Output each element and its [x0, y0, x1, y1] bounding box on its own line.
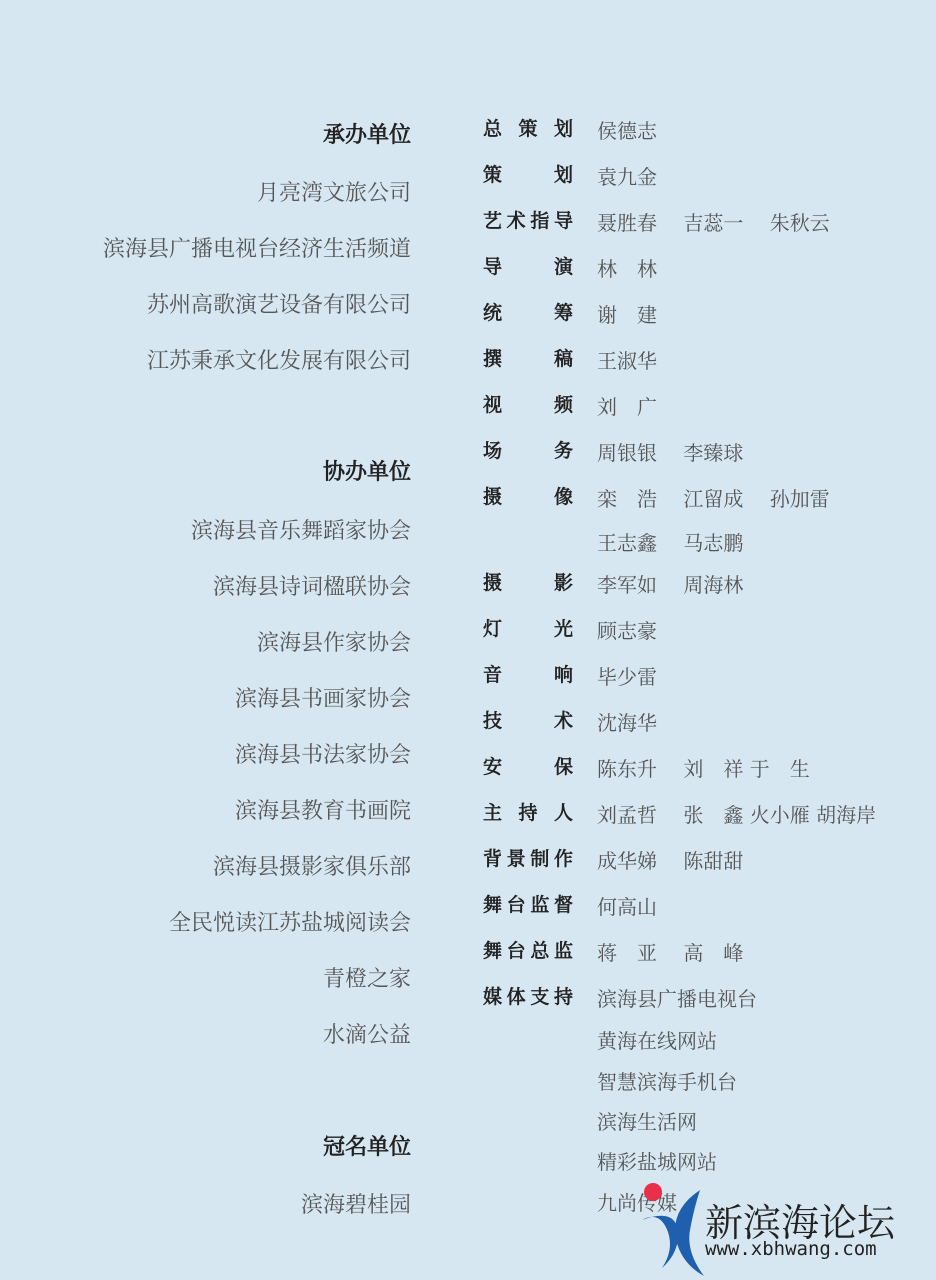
role-char: 舞: [483, 890, 502, 917]
role-char: 指: [530, 206, 549, 233]
role-char: 演: [554, 252, 573, 279]
co-organizer-item: 滨海县教育书画院: [235, 794, 411, 825]
role-char: 视: [483, 390, 502, 417]
co-organizer-item: 滨海县作家协会: [257, 626, 411, 657]
organizer-item: 苏州高歌演艺设备有限公司: [147, 288, 411, 319]
role-char: 景: [507, 844, 526, 871]
role-char: 策: [483, 160, 502, 187]
role-char: 背: [483, 844, 502, 871]
media-item: 黄海在线网站: [597, 1025, 717, 1054]
role-char: 人: [554, 798, 573, 825]
credit-role: 媒体支持: [483, 982, 573, 1009]
role-char: 光: [554, 614, 573, 641]
credit-role: 灯光: [483, 614, 573, 641]
role-char: 像: [554, 482, 573, 509]
credit-role: 音响: [483, 660, 573, 687]
role-char: 统: [483, 298, 502, 325]
role-char: 筹: [554, 298, 573, 325]
role-char: 舞: [483, 936, 502, 963]
credit-names: 袁九金: [597, 161, 657, 190]
credit-role: 场务: [483, 436, 573, 463]
credit-names: 王淑华: [597, 345, 657, 374]
role-char: 监: [530, 890, 549, 917]
role-char: 频: [554, 390, 573, 417]
credit-names: 刘孟哲 张 鑫 火小雁 胡海岸: [597, 799, 876, 828]
title-sponsor-item: 滨海碧桂园: [301, 1188, 411, 1219]
co-organizer-item: 滨海县书法家协会: [235, 738, 411, 769]
role-char: 主: [483, 798, 502, 825]
role-char: 持: [554, 982, 573, 1009]
co-organizer-item: 滨海县摄影家俱乐部: [213, 850, 411, 881]
organizer-item: 滨海县广播电视台经济生活频道: [103, 232, 411, 263]
credit-names: 陈东升 刘 祥 于 生: [597, 753, 810, 782]
media-item: 滨海生活网: [597, 1106, 697, 1135]
role-char: 督: [554, 890, 573, 917]
role-char: 安: [483, 752, 502, 779]
watermark-url: www.xbhwang.com: [705, 1238, 877, 1260]
credit-role: 撰稿: [483, 344, 573, 371]
credit-role: 统筹: [483, 298, 573, 325]
credit-role: 视频: [483, 390, 573, 417]
role-char: 制: [530, 844, 549, 871]
credit-role: 艺术指导: [483, 206, 573, 233]
role-char: 响: [554, 660, 573, 687]
role-char: 作: [554, 844, 573, 871]
credit-names: 顾志豪: [597, 615, 657, 644]
credit-role: 摄影: [483, 568, 573, 595]
credit-role: 摄像: [483, 482, 573, 509]
credit-names: 聂胜春 吉蕊一 朱秋云: [597, 207, 830, 236]
role-char: 台: [507, 890, 526, 917]
credit-role: 策划: [483, 160, 573, 187]
role-char: 划: [554, 160, 573, 187]
role-char: 摄: [483, 482, 502, 509]
credit-role: 舞台总监: [483, 936, 573, 963]
credit-names: 蒋 亚 高 峰: [597, 937, 743, 966]
co-organizer-title: 协办单位: [323, 455, 411, 486]
role-char: 划: [554, 114, 573, 141]
role-char: 导: [554, 206, 573, 233]
credit-names: 李军如 周海林: [597, 569, 743, 598]
credit-names: 谢 建: [597, 299, 657, 328]
credit-names: 沈海华: [597, 707, 657, 736]
credit-names: 成华娣 陈甜甜: [597, 845, 743, 874]
role-char: 灯: [483, 614, 502, 641]
role-char: 务: [554, 436, 573, 463]
credit-names: 刘 广: [597, 391, 657, 420]
role-char: 台: [507, 936, 526, 963]
role-char: 撰: [483, 344, 502, 371]
role-char: 监: [554, 936, 573, 963]
role-char: 导: [483, 252, 502, 279]
role-char: 艺: [483, 206, 502, 233]
role-char: 场: [483, 436, 502, 463]
role-char: 体: [507, 982, 526, 1009]
organizer-item: 月亮湾文旅公司: [257, 176, 411, 207]
credit-role: 背景制作: [483, 844, 573, 871]
credit-names: 何高山: [597, 891, 657, 920]
co-organizer-item: 青橙之家: [323, 962, 411, 993]
credit-names: 毕少雷: [597, 661, 657, 690]
media-item: 精彩盐城网站: [597, 1146, 717, 1175]
role-char: 术: [554, 706, 573, 733]
credit-names: 周银银 李臻球: [597, 437, 743, 466]
title-sponsor-title: 冠名单位: [323, 1130, 411, 1161]
role-char: 保: [554, 752, 573, 779]
credit-names: 侯德志: [597, 115, 657, 144]
credit-role: 总策划: [483, 114, 573, 141]
co-organizer-item: 滨海县书画家协会: [235, 682, 411, 713]
co-organizer-item: 滨海县诗词楹联协会: [213, 570, 411, 601]
organizer-item: 江苏秉承文化发展有限公司: [147, 344, 411, 375]
role-char: 媒: [483, 982, 502, 1009]
role-char: 影: [554, 568, 573, 595]
credit-role: 安保: [483, 752, 573, 779]
role-char: 策: [518, 114, 537, 141]
credit-role: 舞台监督: [483, 890, 573, 917]
role-char: 摄: [483, 568, 502, 595]
role-char: 总: [530, 936, 549, 963]
role-char: 术: [507, 206, 526, 233]
credit-role: 导演: [483, 252, 573, 279]
credit-names: 林 林: [597, 253, 657, 282]
organizer-title: 承办单位: [323, 118, 411, 149]
credit-names: 王志鑫 马志鹏: [597, 527, 743, 556]
role-char: 支: [530, 982, 549, 1009]
credit-role: 技术: [483, 706, 573, 733]
credit-role: 主持人: [483, 798, 573, 825]
role-char: 持: [518, 798, 537, 825]
role-char: 技: [483, 706, 502, 733]
role-char: 总: [483, 114, 502, 141]
role-char: 稿: [554, 344, 573, 371]
credit-names: 滨海县广播电视台: [597, 983, 757, 1012]
media-item: 智慧滨海手机台: [597, 1066, 737, 1095]
co-organizer-item: 滨海县音乐舞蹈家协会: [191, 514, 411, 545]
co-organizer-item: 全民悦读江苏盐城阅读会: [169, 906, 411, 937]
co-organizer-item: 水滴公益: [323, 1018, 411, 1049]
credit-names: 栾 浩 江留成 孙加雷: [597, 483, 830, 512]
role-char: 音: [483, 660, 502, 687]
